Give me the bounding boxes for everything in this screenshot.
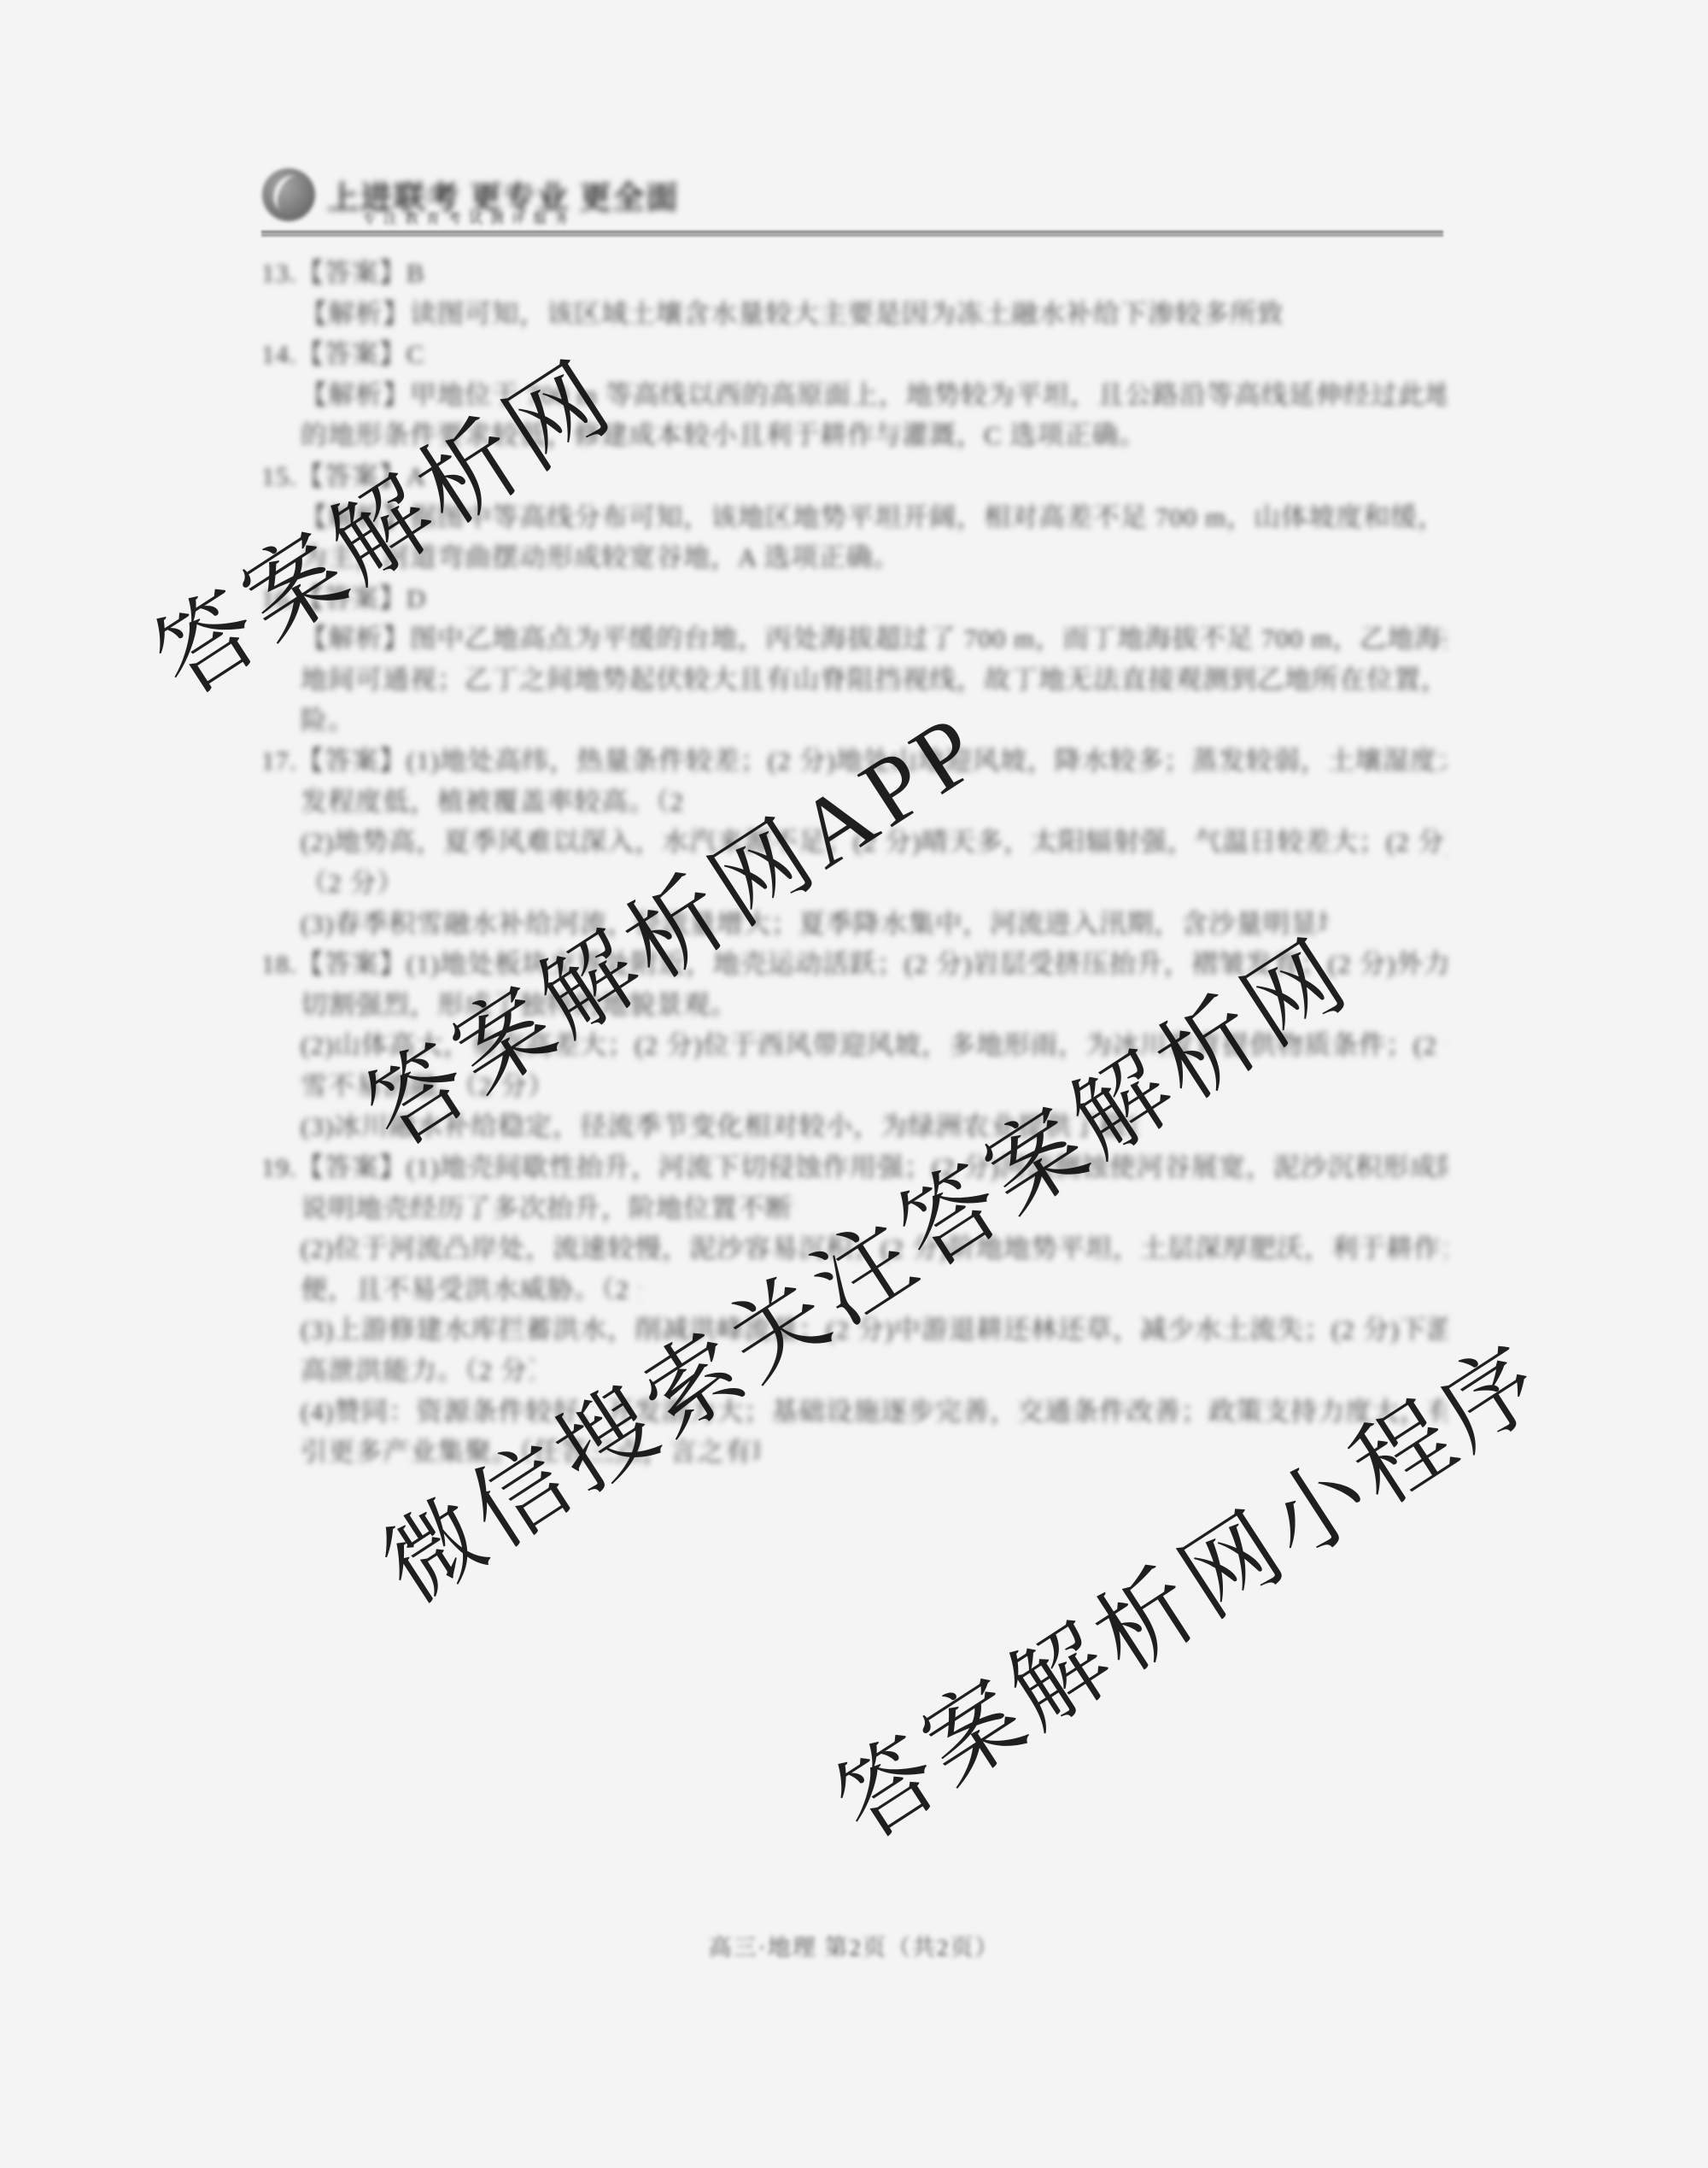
- brand-logo-icon: [262, 168, 315, 221]
- answer-line: 发程度低，植被覆盖率较高。（2 分）: [261, 782, 688, 823]
- answer-line: 便，且不易受洪水威胁。（2 分）: [261, 1269, 640, 1310]
- brand-tagline: 专注教育考试测评服务: [362, 208, 576, 227]
- answer-line: 说明地壳经历了多次抬升，阶地位置不断升高。（2 分）: [261, 1188, 795, 1229]
- answer-line: 【解析】图中乙地高点为平缓的台地，丙处海拔超过了 700 m，而丁地海拔不足 7…: [261, 618, 1447, 659]
- answer-line: 高泄洪能力。（2 分）: [261, 1351, 534, 1392]
- answer-line: (4)赞同：资源条件较好，开发潜力大；基础设施逐步完善，交通条件改善；政策支持力…: [261, 1392, 1447, 1433]
- answer-line: 13.【答案】B: [261, 253, 1447, 294]
- logo-swirl-icon: [268, 171, 312, 218]
- answer-line: 14.【答案】C: [261, 334, 1447, 375]
- header-divider: [261, 231, 1443, 237]
- scanned-answer-page: 上进联考 更专业 更全面 专注教育考试测评服务 13.【答案】B【解析】读图可知…: [0, 0, 1708, 2168]
- page-footer: 高三·地理 第2页（共2页）: [709, 1929, 1000, 1962]
- answer-line: 16.【答案】D: [261, 578, 1447, 619]
- answer-line: 【解析】读图可知，该区域土壤含水量较大主要是因为冻土融水补给下渗较多所致，故选 …: [261, 294, 1281, 335]
- answer-line: 地间可通视；乙丁之间地势起伏较大且有山脊阻挡视线，故丁地无法直接观测到乙地所在位…: [261, 659, 1447, 700]
